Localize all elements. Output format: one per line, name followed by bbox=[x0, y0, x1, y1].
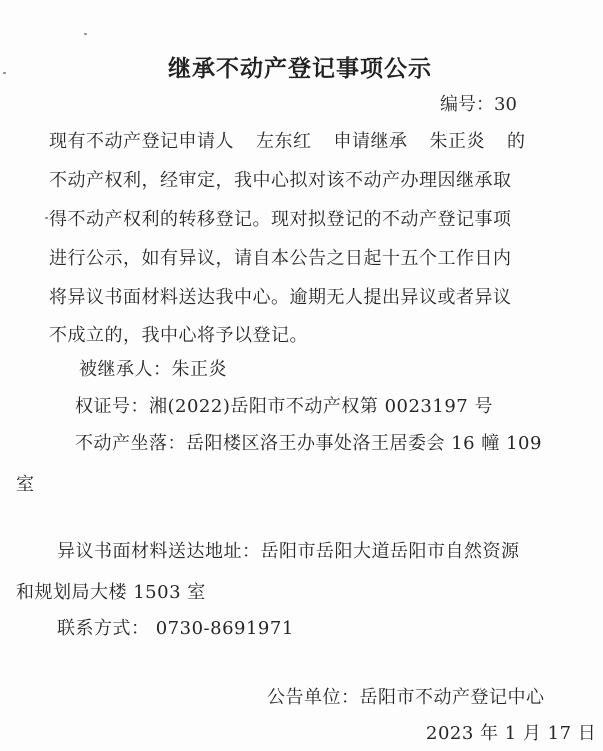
certificate-field: 权证号：湘(2022)岳阳市不动产权第 0023197 号 bbox=[75, 392, 493, 418]
document-page: 继承不动产登记事项公示 编号：30 现有不动产登记申请人左东红申请继承朱正炎的 … bbox=[0, 0, 603, 751]
body-line-6: 不成立的，我中心将予以登记。 bbox=[49, 321, 308, 347]
intro-text-2: 申请继承 bbox=[334, 131, 408, 152]
document-title: 继承不动产登记事项公示 bbox=[0, 50, 580, 83]
body-line-2: 不动产权利，经审定，我中心拟对该不动产办理因继承取 bbox=[49, 166, 512, 192]
issue-date: 2023 年 1 月 17 日 bbox=[426, 719, 596, 745]
contact-field: 联系方式： 0730-8691971 bbox=[57, 614, 294, 640]
body-line-4: 进行公示，如有异议，请自本公告之日起十五个工作日内 bbox=[49, 244, 512, 270]
intro-text: 现有不动产登记申请人 bbox=[49, 131, 234, 152]
location-field: 不动产坐落：岳阳楼区洛王办事处洛王居委会 16 幢 109 bbox=[75, 429, 542, 455]
issuer: 公告单位：岳阳市不动产登记中心 bbox=[267, 683, 545, 709]
scan-speck bbox=[45, 217, 48, 219]
location-field-cont: 室 bbox=[16, 470, 35, 496]
objection-address-cont: 和规划局大楼 1503 室 bbox=[16, 578, 206, 604]
document-number: 编号：30 bbox=[440, 90, 517, 116]
scan-speck bbox=[84, 33, 87, 35]
body-line-5: 将异议书面材料送达我中心。逾期无人提出异议或者异议 bbox=[49, 283, 512, 309]
body-line-1: 现有不动产登记申请人左东红申请继承朱正炎的 bbox=[49, 127, 526, 153]
decedent-field: 被继承人：朱正炎 bbox=[79, 355, 227, 381]
objection-address-field: 异议书面材料送达地址：岳阳市岳阳大道岳阳市自然资源 bbox=[57, 537, 520, 563]
decedent-name: 朱正炎 bbox=[430, 131, 486, 152]
applicant-name: 左东红 bbox=[256, 131, 312, 152]
body-line-3: 得不动产权利的转移登记。现对拟登记的不动产登记事项 bbox=[49, 205, 512, 231]
intro-text-3: 的 bbox=[507, 131, 526, 152]
